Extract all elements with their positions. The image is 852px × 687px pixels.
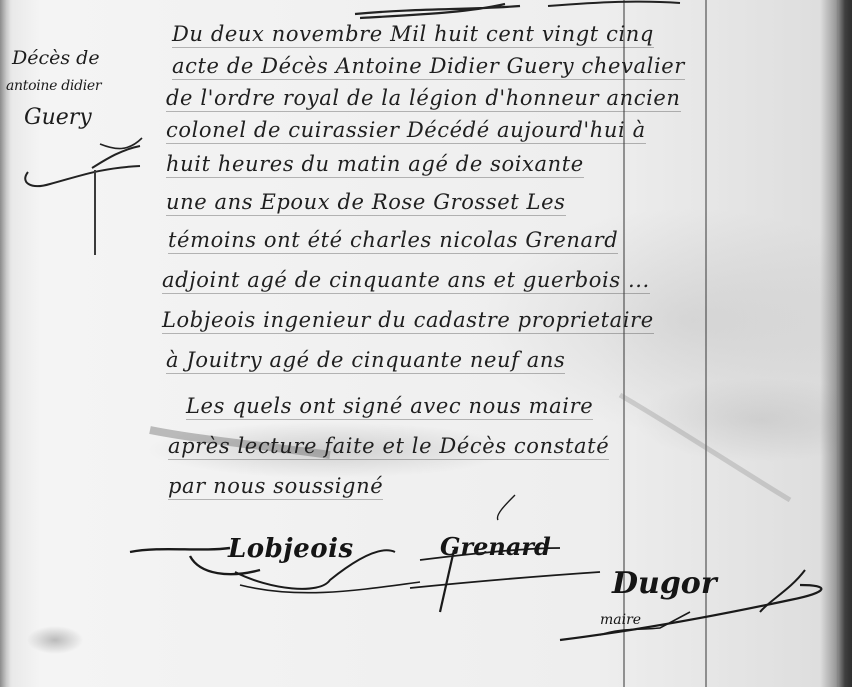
- record-line: de l'ordre royal de la légion d'honneur …: [166, 86, 681, 112]
- record-line: Les quels ont signé avec nous maire: [186, 394, 593, 420]
- record-line: témoins ont été charles nicolas Grenard: [168, 228, 618, 254]
- record-line: par nous soussigné: [168, 474, 383, 500]
- margin-annotation: Décès de antoine didier Guery: [6, 44, 156, 132]
- record-line: Du deux novembre Mil huit cent vingt cin…: [172, 22, 654, 48]
- signature-mayor: Dugor: [612, 566, 717, 601]
- record-line: à Jouitry agé de cinquante neuf ans: [166, 348, 565, 374]
- signature-lobjeois: Lobjeois: [228, 534, 354, 564]
- margin-note-line: Décès de: [6, 44, 156, 72]
- record-line: une ans Epoux de Rose Grosset Les: [166, 190, 566, 216]
- signature-mayor-title: maire: [600, 612, 641, 628]
- record-line: huit heures du matin agé de soixante: [166, 152, 584, 178]
- page-edge-shadow: [838, 0, 852, 687]
- margin-note-line: antoine didier: [6, 72, 156, 100]
- document-scan: Décès de antoine didier Guery Du deux no…: [0, 0, 852, 687]
- record-line: acte de Décès Antoine Didier Guery cheva…: [172, 54, 685, 80]
- signature-grenard: Grenard: [440, 532, 551, 561]
- record-line: après lecture faite et le Décès constaté: [168, 434, 609, 460]
- margin-note-line: Guery: [6, 104, 156, 132]
- margin-rule-line: [94, 170, 96, 255]
- record-line: Lobjeois ingenieur du cadastre proprieta…: [162, 308, 654, 334]
- record-line: colonel de cuirassier Décédé aujourd'hui…: [166, 118, 646, 144]
- record-line: adjoint agé de cinquante ans et guerbois…: [162, 268, 650, 294]
